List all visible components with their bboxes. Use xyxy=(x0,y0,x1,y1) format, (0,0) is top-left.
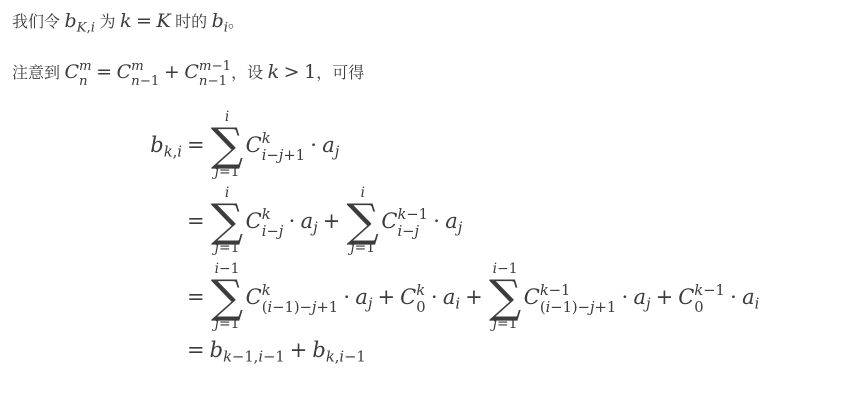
math-number: −1 xyxy=(140,74,160,89)
subscript: n xyxy=(79,74,88,89)
math-variable: k xyxy=(326,349,335,366)
math-operator: ⋅ xyxy=(730,285,737,309)
math-operator: + xyxy=(290,338,308,362)
math-script-group: aj xyxy=(322,133,339,157)
superscript: m xyxy=(79,59,92,74)
math-variable: j xyxy=(313,220,318,237)
subscript: n−1 xyxy=(199,74,227,89)
script-base: C xyxy=(246,285,262,309)
math-number: +1 xyxy=(595,299,617,316)
math-script-group: bk,i xyxy=(150,133,182,157)
math-operator: = xyxy=(187,338,205,362)
math-operator: = xyxy=(96,61,112,83)
math-script-group: Cki−j+1 xyxy=(246,133,305,157)
math-operator: + xyxy=(378,285,396,309)
script-base: a xyxy=(301,209,314,233)
script-base: b xyxy=(212,11,224,32)
math-number: − xyxy=(266,223,278,240)
math-variable: C xyxy=(381,209,397,233)
math-variable: b xyxy=(312,338,325,362)
script-base: C xyxy=(678,285,694,309)
math-script-group: bk,i−1 xyxy=(312,338,365,362)
math-variable: b xyxy=(212,10,224,32)
math-script-group: Cki−j xyxy=(246,209,284,233)
math-variable: j xyxy=(279,223,284,240)
superscript-subscript-stack: k−10 xyxy=(694,283,725,317)
math-variable: a xyxy=(355,285,368,309)
math-variable: C xyxy=(117,61,132,83)
math-variable: k xyxy=(262,206,271,223)
math-number: =1 xyxy=(219,240,239,256)
math-number: −1 xyxy=(212,59,232,74)
math-number: =1 xyxy=(219,164,239,180)
math-variable: j xyxy=(414,223,419,240)
superscript: k−1 xyxy=(397,207,428,224)
subscript: j xyxy=(335,144,340,161)
math-number: =1 xyxy=(497,316,517,332)
math-variable: k xyxy=(268,61,280,83)
equation-lhs: bk,i xyxy=(140,133,182,161)
equation-rhs: =i−1∑j=1Ck(i−1)−j+1⋅aj+Ck0⋅ai+i−1∑j=1Ck−… xyxy=(182,285,759,309)
math-number: +1 xyxy=(283,147,305,164)
math-variable: j xyxy=(335,144,340,161)
math-script-group: bk−1,i−1 xyxy=(210,338,285,362)
sum-lower-limit: j=1 xyxy=(493,315,518,333)
superscript: m−1 xyxy=(199,59,231,74)
math-variable: a xyxy=(633,285,646,309)
math-variable: j xyxy=(646,296,651,313)
math-variable: a xyxy=(322,133,335,157)
math-operator: = xyxy=(187,209,205,233)
subscript: j xyxy=(458,220,463,237)
text-run: 为 xyxy=(95,14,120,31)
script-base: a xyxy=(443,285,456,309)
math-variable: C xyxy=(246,133,262,157)
script-base: b xyxy=(210,338,223,362)
math-variable: C xyxy=(184,61,199,83)
math-number: −1 xyxy=(208,74,228,89)
math-variable: K xyxy=(77,20,87,35)
subscript: i xyxy=(455,296,460,313)
script-base: a xyxy=(633,285,646,309)
math-number: − xyxy=(402,223,414,240)
subscript: (i−1)−j+1 xyxy=(540,300,616,317)
summation: i−1∑j=1 xyxy=(489,260,521,333)
subscript: (i−1)−j+1 xyxy=(262,300,338,317)
summation: i∑j=1 xyxy=(347,184,379,257)
text-run: 。 xyxy=(228,14,244,31)
script-base: b xyxy=(64,11,76,32)
math-variable: C xyxy=(246,209,262,233)
math-number: −1 xyxy=(344,349,366,366)
math-variable: k xyxy=(262,130,271,147)
math-number: 0 xyxy=(694,299,703,316)
math-variable: m xyxy=(199,59,212,74)
math-script-group: aj xyxy=(355,285,372,309)
script-base: C xyxy=(184,62,199,83)
superscript-subscript-stack: m−1n−1 xyxy=(199,59,231,90)
superscript: m xyxy=(131,59,144,74)
math-script-group: Ck(i−1)−j+1 xyxy=(246,285,338,309)
superscript: k xyxy=(262,283,271,300)
math-variable: b xyxy=(150,133,163,157)
script-base: C xyxy=(64,62,79,83)
math-script-group: ai xyxy=(443,285,460,309)
subscript: k−1,i−1 xyxy=(223,349,285,366)
script-base: a xyxy=(322,133,335,157)
math-variable: k xyxy=(164,144,173,161)
math-script-group: aj xyxy=(301,209,318,233)
script-base: a xyxy=(445,209,458,233)
math-variable: C xyxy=(678,285,694,309)
equation-row: =i−1∑j=1Ck(i−1)−j+1⋅aj+Ck0⋅ai+i−1∑j=1Ck−… xyxy=(140,262,845,335)
paragraph-note: 注意到 Cmn=Cmn−1+Cm−1n−1，设 k>1，可得 xyxy=(12,59,845,90)
math-script-group: Ck0 xyxy=(400,285,425,309)
subscript: k,i−1 xyxy=(326,349,366,366)
subscript: i−j xyxy=(397,224,419,241)
sigma-icon: ∑ xyxy=(211,278,243,315)
math-script-group: Cmn xyxy=(64,62,91,83)
script-base: C xyxy=(246,133,262,157)
math-variable: k xyxy=(397,206,406,223)
math-number: +1 xyxy=(316,299,338,316)
summation: i−1∑j=1 xyxy=(211,260,243,333)
math-variable: n xyxy=(199,74,208,89)
math-variable: k xyxy=(694,282,703,299)
math-variable: i xyxy=(455,296,460,313)
math-variable: b xyxy=(210,338,223,362)
equation-rhs: =i∑j=1Cki−j⋅aj+i∑j=1Ck−1i−j⋅aj xyxy=(182,209,462,233)
math-script-group: bK,i xyxy=(64,11,95,32)
math-number: =1 xyxy=(219,316,239,332)
superscript: k−1 xyxy=(540,283,571,300)
sum-lower-limit: j=1 xyxy=(215,239,240,257)
sigma-icon: ∑ xyxy=(211,126,243,163)
text-run: 时的 xyxy=(171,14,212,31)
superscript-subscript-stack: ki−j xyxy=(262,207,284,241)
superscript-subscript-stack: mn xyxy=(79,59,92,90)
script-base: C xyxy=(381,209,397,233)
subscript: i xyxy=(755,296,760,313)
math-operator: ⋅ xyxy=(433,209,440,233)
math-variable: C xyxy=(246,285,262,309)
math-operator: = xyxy=(187,285,205,309)
script-base: C xyxy=(117,62,132,83)
equation-row: =bk−1,i−1+bk,i−1 xyxy=(140,338,845,366)
math-script-group: aj xyxy=(633,285,650,309)
math-variable: C xyxy=(400,285,416,309)
sigma-icon: ∑ xyxy=(347,202,379,239)
math-script-group: ai xyxy=(742,285,759,309)
subscript: k,i xyxy=(164,144,182,161)
script-base: b xyxy=(312,338,325,362)
equation-row: =i∑j=1Cki−j⋅aj+i∑j=1Ck−1i−j⋅aj xyxy=(140,186,845,259)
summation: i∑j=1 xyxy=(211,108,243,181)
math-operator: ⋅ xyxy=(621,285,628,309)
superscript: k−1 xyxy=(694,283,725,300)
math-variable: i xyxy=(755,296,760,313)
subscript: i−j xyxy=(262,224,284,241)
sigma-icon: ∑ xyxy=(211,202,243,239)
math-operator: + xyxy=(323,209,341,233)
superscript-subscript-stack: k(i−1)−j+1 xyxy=(262,283,338,317)
math-operator: ⋅ xyxy=(431,285,438,309)
superscript: k xyxy=(416,283,425,300)
math-number: −1)− xyxy=(550,299,590,316)
script-base: b xyxy=(150,133,163,157)
superscript-subscript-stack: k−1(i−1)−j+1 xyxy=(540,283,616,317)
math-number: 0 xyxy=(416,299,425,316)
math-variable: a xyxy=(742,285,755,309)
math-variable: j xyxy=(458,220,463,237)
math-variable: n xyxy=(79,74,88,89)
math-script-group: bi xyxy=(212,11,228,32)
math-variable: j xyxy=(368,296,373,313)
superscript-subscript-stack: k−1i−j xyxy=(397,207,428,241)
math-number: −1 xyxy=(703,282,725,299)
equation-rhs: =i∑j=1Cki−j+1⋅aj xyxy=(182,133,339,157)
math-operator: ⋅ xyxy=(310,133,317,157)
math-variable: k xyxy=(416,282,425,299)
subscript: j xyxy=(313,220,318,237)
superscript-subscript-stack: k0 xyxy=(416,283,425,317)
script-base: C xyxy=(400,285,416,309)
math-operator: + xyxy=(465,285,483,309)
math-script-group: Ck−1(i−1)−j+1 xyxy=(524,285,616,309)
script-base: C xyxy=(524,285,540,309)
math-variable: b xyxy=(64,10,76,32)
text-run: ，可得 xyxy=(316,65,364,82)
sigma-icon: ∑ xyxy=(489,278,521,315)
math-number: −1, xyxy=(232,349,258,366)
equation-block: bk,i=i∑j=1Cki−j+1⋅aj=i∑j=1Cki−j⋅aj+i∑j=1… xyxy=(140,110,845,366)
math-number: =1 xyxy=(355,240,375,256)
subscript: 0 xyxy=(694,300,703,317)
sum-lower-limit: j=1 xyxy=(350,239,375,257)
sum-lower-limit: j=1 xyxy=(215,315,240,333)
superscript: k xyxy=(262,207,271,224)
math-script-group: Ck−1i−j xyxy=(381,209,428,233)
summation: i∑j=1 xyxy=(211,184,243,257)
math-variable: C xyxy=(64,61,79,83)
math-script-group: aj xyxy=(445,209,462,233)
math-variable: K xyxy=(157,10,171,32)
superscript: k xyxy=(262,131,271,148)
math-number: −1)− xyxy=(272,299,312,316)
subscript: K,i xyxy=(77,20,95,35)
math-variable: a xyxy=(443,285,456,309)
subscript: 0 xyxy=(416,300,425,317)
math-operator: + xyxy=(164,61,180,83)
math-variable: k xyxy=(540,282,549,299)
text-run: 注意到 xyxy=(12,65,64,82)
math-number: − xyxy=(266,147,278,164)
math-variable: a xyxy=(301,209,314,233)
script-base: a xyxy=(742,285,755,309)
math-operator: > xyxy=(284,61,300,83)
math-number: −1 xyxy=(549,282,571,299)
subscript: j xyxy=(646,296,651,313)
math-variable: k xyxy=(120,10,132,32)
equation-row: bk,i=i∑j=1Cki−j+1⋅aj xyxy=(140,110,845,183)
subscript: n−1 xyxy=(131,74,159,89)
script-base: a xyxy=(355,285,368,309)
math-script-group: Cm−1n−1 xyxy=(184,62,231,83)
math-number: 1 xyxy=(304,61,316,83)
math-variable: C xyxy=(524,285,540,309)
math-script-group: Cmn−1 xyxy=(117,62,160,83)
math-operator: = xyxy=(187,133,205,157)
script-base: C xyxy=(246,209,262,233)
math-variable: a xyxy=(445,209,458,233)
math-operator: ⋅ xyxy=(343,285,350,309)
sum-lower-limit: j=1 xyxy=(215,163,240,181)
math-number: −1 xyxy=(263,349,285,366)
math-operator: + xyxy=(656,285,674,309)
math-variable: k xyxy=(262,282,271,299)
math-number: −1 xyxy=(406,206,428,223)
math-script-group: Ck−10 xyxy=(678,285,725,309)
math-variable: k xyxy=(223,349,232,366)
math-variable: n xyxy=(131,74,140,89)
math-variable: m xyxy=(131,59,144,74)
superscript-subscript-stack: ki−j+1 xyxy=(262,131,305,165)
text-run: ，设 xyxy=(231,65,267,82)
paragraph-definition: 我们令 bK,i 为 k=K 时的 bi。 xyxy=(12,8,845,38)
superscript-subscript-stack: mn−1 xyxy=(131,59,159,90)
subscript: j xyxy=(368,296,373,313)
equation-rhs: =bk−1,i−1+bk,i−1 xyxy=(182,338,366,362)
subscript: i−j+1 xyxy=(262,148,305,165)
math-operator: ⋅ xyxy=(288,209,295,233)
text-run: 我们令 xyxy=(12,14,64,31)
math-variable: m xyxy=(79,59,92,74)
math-operator: = xyxy=(136,10,152,32)
document-page: 我们令 bK,i 为 k=K 时的 bi。 注意到 Cmn=Cmn−1+Cm−1… xyxy=(0,0,857,412)
